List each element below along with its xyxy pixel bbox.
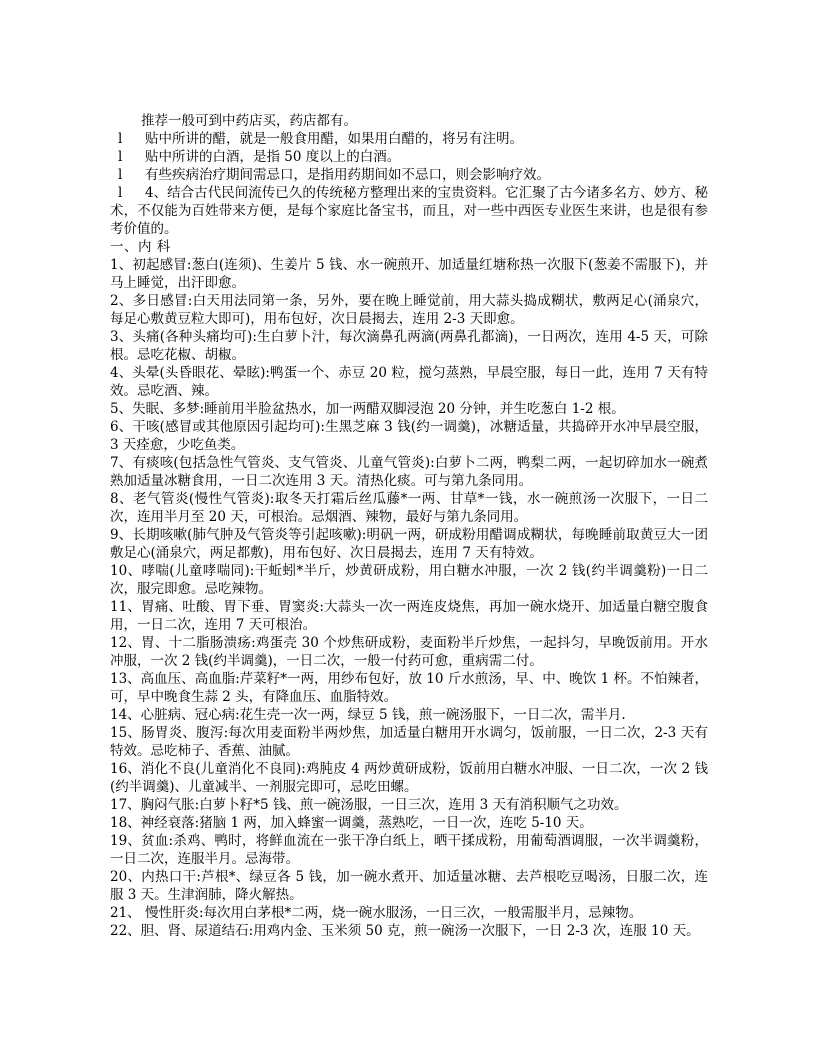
bullet-text: 贴中所讲的醋，就是一般食用醋，如果用白醋的，将另有注明。: [145, 131, 523, 147]
list-bullet-marker: l: [110, 184, 145, 202]
remedy-item-12: 12、胃、十二脂肠溃疡:鸡蛋壳 30 个炒焦研成粉，麦面粉半斤炒焦，一起抖匀，早…: [110, 634, 708, 670]
remedy-item-22: 22、胆、肾、尿道结石:用鸡内金、玉米须 50 克，煎一碗汤一次服下，一日 2-…: [110, 922, 708, 940]
list-bullet-marker: l: [110, 130, 145, 148]
remedy-item-21: 21、 慢性肝炎:每次用白茅根*二两，烧一碗水服汤，一日三次，一般需服半月，忌辣…: [110, 904, 708, 922]
bullet-item: l4、结合古代民间流传已久的传统秘方整理出来的宝贵资料。它汇聚了古今诸多名方、妙…: [110, 184, 708, 238]
remedy-item-8: 8、老气管炎(慢性气管炎):取冬天打霜后丝瓜藤*一两、甘草*一钱，水一碗煎汤一次…: [110, 490, 708, 526]
bullet-item: l有些疾病治疗期间需忌口，是指用药期间如不忌口，则会影响疗效。: [110, 166, 708, 184]
remedy-item-1: 1、初起感冒:葱白(连须)、生姜片 5 钱、水一碗煎开、加适量红塘称热一次服下(…: [110, 256, 708, 292]
remedy-item-18: 18、神经衰落:猪脑 1 两，加入蜂蜜一调羹，蒸熟吃，一日一次，连吃 5-10 …: [110, 814, 708, 832]
remedy-item-20: 20、内热口干:芦根*、绿豆各 5 钱，加一碗水煮开、加适量冰糖、去芦根吃豆喝汤…: [110, 868, 708, 904]
remedy-item-5: 5、失眠、多梦:睡前用半脸盆热水，加一两醋双脚浸泡 20 分钟，并生吃葱白 1-…: [110, 400, 708, 418]
remedy-item-16: 16、消化不良(儿童消化不良同):鸡肫皮 4 两炒黄研成粉，饭前用白糖水冲服、一…: [110, 760, 708, 796]
intro-paragraph: 推荐一般可到中药店买，药店都有。: [110, 112, 708, 130]
remedy-item-7: 7、有痰咳(包括急性气管炎、支气管炎、儿童气管炎):白萝卜二两，鸭梨二两，一起切…: [110, 454, 708, 490]
remedy-item-3: 3、头痛(各种头痛均可):生白萝卜汁，每次滴鼻孔两滴(两鼻孔都滴)，一日两次，连…: [110, 328, 708, 364]
remedy-item-17: 17、胸闷气胀:白萝卜籽*5 钱、煎一碗汤服，一日三次，连用 3 天有消积顺气之…: [110, 796, 708, 814]
bullet-text: 4、结合古代民间流传已久的传统秘方整理出来的宝贵资料。它汇聚了古今诸多名方、妙方…: [110, 185, 708, 237]
remedy-item-11: 11、胃痛、吐酸、胃下垂、胃窦炎:大蒜头一次一两连皮烧焦，再加一碗水烧开、加适量…: [110, 598, 708, 634]
remedy-item-14: 14、心脏病、冠心病:花生壳一次一两，绿豆 5 钱，煎一碗汤服下，一日二次，需半…: [110, 706, 708, 724]
bullet-text: 贴中所讲的白酒，是指 50 度以上的白酒。: [145, 149, 400, 165]
bullet-item: l贴中所讲的醋，就是一般食用醋，如果用白醋的，将另有注明。: [110, 130, 708, 148]
document-page: 推荐一般可到中药店买，药店都有。 l贴中所讲的醋，就是一般食用醋，如果用白醋的，…: [0, 0, 816, 1056]
remedy-item-6: 6、干咳(感冒或其他原因引起均可):生黑芝麻 3 钱(约一调羹)，冰糖适量，共捣…: [110, 418, 708, 454]
remedy-item-9: 9、长期咳嗽(肺气肿及气管炎等引起咳嗽):明矾一两，研成粉用醋调成糊状，每晚睡前…: [110, 526, 708, 562]
remedy-item-2: 2、多日感冒:白天用法同第一条，另外，要在晚上睡觉前，用大蒜头捣成糊状，敷两足心…: [110, 292, 708, 328]
remedy-item-19: 19、贫血:杀鸡、鸭时，将鲜血流在一张干净白纸上，晒干揉成粉，用葡萄酒调服，一次…: [110, 832, 708, 868]
remedy-item-10: 10、哮喘(儿童哮喘同):干蚯蚓*半斤，炒黄研成粉，用白糖水冲服，一次 2 钱(…: [110, 562, 708, 598]
section-title: 一、内 科: [110, 238, 708, 256]
bullet-item: l贴中所讲的白酒，是指 50 度以上的白酒。: [110, 148, 708, 166]
remedy-item-15: 15、肠胃炎、腹泻:每次用麦面粉半两炒焦，加适量白糖用开水调匀，饭前服，一日二次…: [110, 724, 708, 760]
bullet-text: 有些疾病治疗期间需忌口，是指用药期间如不忌口，则会影响疗效。: [145, 167, 550, 183]
list-bullet-marker: l: [110, 148, 145, 166]
remedy-item-13: 13、高血压、高血脂:芹菜籽*一两，用纱布包好，放 10 斤水煎汤，早、中、晚饮…: [110, 670, 708, 706]
list-bullet-marker: l: [110, 166, 145, 184]
remedy-item-4: 4、头晕(头昏眼花、晕眩):鸭蛋一个、赤豆 20 粒，搅匀蒸熟，早晨空服，每日一…: [110, 364, 708, 400]
